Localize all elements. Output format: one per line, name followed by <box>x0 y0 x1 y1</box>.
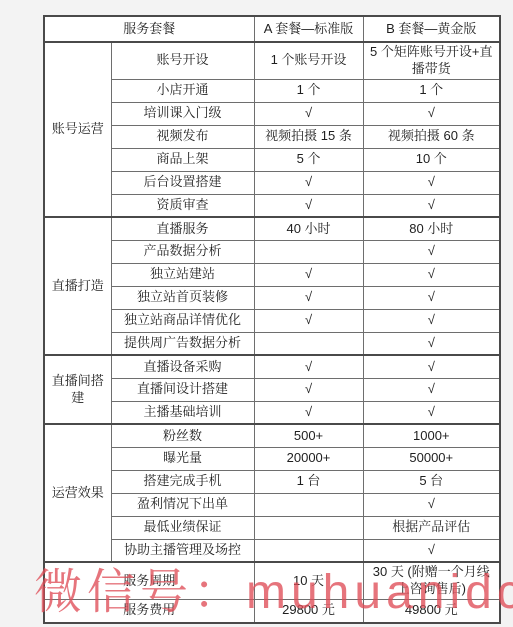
plan-b-value: √ <box>363 493 500 516</box>
table-row: 视频发布 视频拍摄 15 条 视频拍摄 60 条 <box>44 125 500 148</box>
plan-b-value: 根据产品评估 <box>363 516 500 539</box>
row-label: 培训课入门级 <box>111 102 254 125</box>
plan-a-value <box>254 539 363 562</box>
plan-a-value: 1 台 <box>254 470 363 493</box>
pricing-table: 服务套餐 A 套餐—标准版 B 套餐—黄金版 账号运营 账号开设 1 个账号开设… <box>43 15 501 624</box>
table-row: 主播基础培训 √ √ <box>44 401 500 424</box>
table-row: 小店开通 1 个 1 个 <box>44 79 500 102</box>
plan-a-value: √ <box>254 401 363 424</box>
row-label: 主播基础培训 <box>111 401 254 424</box>
plan-b-value: √ <box>363 309 500 332</box>
plan-b-value: √ <box>363 355 500 378</box>
plan-b-value: 50000+ <box>363 447 500 470</box>
plan-a-value: 5 个 <box>254 148 363 171</box>
group-cell-studio-setup: 直播间搭建 <box>44 355 111 424</box>
table-row: 最低业绩保证 根据产品评估 <box>44 516 500 539</box>
group-cell-livestream-building: 直播打造 <box>44 217 111 355</box>
plan-a-value: 29800 元 <box>254 600 363 623</box>
row-label: 直播服务 <box>111 217 254 240</box>
plan-b-value: √ <box>363 539 500 562</box>
table-row: 直播间搭建 直播设备采购 √ √ <box>44 355 500 378</box>
plan-a-value <box>254 516 363 539</box>
row-label: 商品上架 <box>111 148 254 171</box>
group-cell-operation-results: 运营效果 <box>44 424 111 562</box>
plan-b-value: √ <box>363 102 500 125</box>
plan-a-value: √ <box>254 286 363 309</box>
table-row: 资质审查 √ √ <box>44 194 500 217</box>
plan-b-value: 49800 元 <box>363 600 500 623</box>
plan-b-value: √ <box>363 378 500 401</box>
table-row: 账号运营 账号开设 1 个账号开设 5 个矩阵账号开设+直播带货 <box>44 42 500 79</box>
table-row: 产品数据分析 √ <box>44 240 500 263</box>
row-label: 提供周广告数据分析 <box>111 332 254 355</box>
plan-b-value: 30 天 (附赠一个月线上咨询售后) <box>363 562 500 599</box>
plan-a-value: √ <box>254 378 363 401</box>
plan-b-value: √ <box>363 332 500 355</box>
row-label: 曝光量 <box>111 447 254 470</box>
row-label: 视频发布 <box>111 125 254 148</box>
header-plan-b: B 套餐—黄金版 <box>363 16 500 42</box>
plan-a-value <box>254 493 363 516</box>
row-label-service-fee: 服务费用 <box>44 600 254 623</box>
row-label: 最低业绩保证 <box>111 516 254 539</box>
row-label: 直播设备采购 <box>111 355 254 378</box>
plan-a-value: 1 个 <box>254 79 363 102</box>
plan-a-value: 20000+ <box>254 447 363 470</box>
row-label: 小店开通 <box>111 79 254 102</box>
row-label: 独立站建站 <box>111 263 254 286</box>
table-row: 直播间设计搭建 √ √ <box>44 378 500 401</box>
row-label: 搭建完成手机 <box>111 470 254 493</box>
plan-b-value: 5 台 <box>363 470 500 493</box>
plan-b-value: √ <box>363 194 500 217</box>
table-row: 独立站首页装修 √ √ <box>44 286 500 309</box>
row-label: 资质审查 <box>111 194 254 217</box>
table-row: 协助主播管理及场控 √ <box>44 539 500 562</box>
plan-b-value: 10 个 <box>363 148 500 171</box>
table-row: 商品上架 5 个 10 个 <box>44 148 500 171</box>
table-row: 盈利情况下出单 √ <box>44 493 500 516</box>
table-row: 服务周期 10 天 30 天 (附赠一个月线上咨询售后) <box>44 562 500 599</box>
plan-a-value: √ <box>254 263 363 286</box>
plan-a-value: 视频拍摄 15 条 <box>254 125 363 148</box>
table-row: 运营效果 粉丝数 500+ 1000+ <box>44 424 500 447</box>
row-label: 后台设置搭建 <box>111 171 254 194</box>
plan-a-value <box>254 240 363 263</box>
group-cell-account-operation: 账号运营 <box>44 42 111 217</box>
plan-b-value: √ <box>363 263 500 286</box>
table-row: 直播打造 直播服务 40 小时 80 小时 <box>44 217 500 240</box>
table-header-row: 服务套餐 A 套餐—标准版 B 套餐—黄金版 <box>44 16 500 42</box>
plan-a-value: √ <box>254 309 363 332</box>
plan-a-value: 40 小时 <box>254 217 363 240</box>
table-row: 后台设置搭建 √ √ <box>44 171 500 194</box>
plan-a-value <box>254 332 363 355</box>
plan-a-value: 1 个账号开设 <box>254 42 363 79</box>
row-label: 盈利情况下出单 <box>111 493 254 516</box>
plan-b-value: √ <box>363 286 500 309</box>
plan-b-value: 80 小时 <box>363 217 500 240</box>
plan-b-value: 5 个矩阵账号开设+直播带货 <box>363 42 500 79</box>
table-row: 搭建完成手机 1 台 5 台 <box>44 470 500 493</box>
plan-b-value: 视频拍摄 60 条 <box>363 125 500 148</box>
table-row: 曝光量 20000+ 50000+ <box>44 447 500 470</box>
row-label: 账号开设 <box>111 42 254 79</box>
row-label: 独立站商品详情优化 <box>111 309 254 332</box>
table-row: 培训课入门级 √ √ <box>44 102 500 125</box>
plan-a-value: √ <box>254 194 363 217</box>
plan-a-value: √ <box>254 355 363 378</box>
plan-a-value: √ <box>254 102 363 125</box>
row-label: 独立站首页装修 <box>111 286 254 309</box>
table-row: 提供周广告数据分析 √ <box>44 332 500 355</box>
plan-a-value: 500+ <box>254 424 363 447</box>
row-label-service-period: 服务周期 <box>44 562 254 599</box>
plan-a-value: 10 天 <box>254 562 363 599</box>
plan-b-value: √ <box>363 171 500 194</box>
table-row: 独立站商品详情优化 √ √ <box>44 309 500 332</box>
table-row: 独立站建站 √ √ <box>44 263 500 286</box>
plan-a-value: √ <box>254 171 363 194</box>
plan-b-value: √ <box>363 240 500 263</box>
row-label: 协助主播管理及场控 <box>111 539 254 562</box>
row-label: 粉丝数 <box>111 424 254 447</box>
row-label: 产品数据分析 <box>111 240 254 263</box>
row-label: 直播间设计搭建 <box>111 378 254 401</box>
plan-b-value: √ <box>363 401 500 424</box>
header-plan-a: A 套餐—标准版 <box>254 16 363 42</box>
table-row: 服务费用 29800 元 49800 元 <box>44 600 500 623</box>
plan-b-value: 1000+ <box>363 424 500 447</box>
header-service-package: 服务套餐 <box>44 16 254 42</box>
plan-b-value: 1 个 <box>363 79 500 102</box>
